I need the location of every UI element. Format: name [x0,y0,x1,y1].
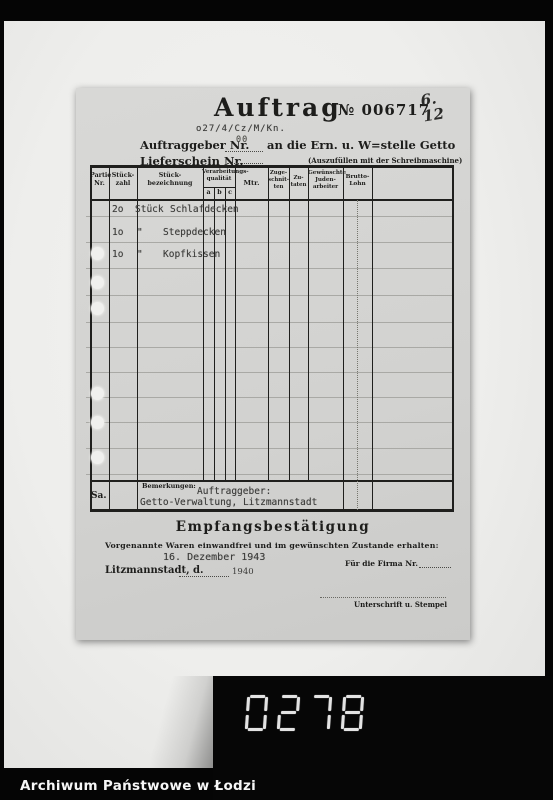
grid-line [137,165,138,512]
grid-line [372,165,373,512]
col-header-mtr: Mtr. [235,179,268,187]
col-subheader-c: c [225,189,235,196]
punch-hole [91,247,104,260]
row-unit: Stück [135,204,164,215]
order-form-document: Auftrag № 006717 o27/4/Cz/M/Kn. Auftragg… [76,88,470,640]
col-header-zutaten: Zu- taten [289,175,308,189]
receipt-date-fill-line [179,576,229,577]
grid-line [452,165,454,512]
row-description: Schlafdecken [170,204,239,215]
segment [342,697,346,711]
row-description: Steppdecken [163,227,226,238]
grid-line [90,509,452,512]
col-header-zugeschnitten: Zuge- schnit- ten [268,170,289,190]
segment [277,715,281,729]
row-qty: 1o [112,249,123,260]
grid-line [109,165,110,512]
grid-line [86,422,452,423]
col-header-qualitaet: Verarbeitungs- qualität [202,169,236,182]
grid-line [86,242,452,243]
sum-label: Sa. [91,491,106,501]
receipt-place-label: Litzmannstadt, d. [105,565,204,576]
signature-line [320,597,446,598]
punch-hole [91,276,104,289]
segment [345,711,360,714]
segment [280,728,295,731]
segment [314,695,329,698]
row-qty: 2o [112,204,123,215]
receipt-printed-year: 1940 [232,567,254,577]
grid-line [86,295,452,296]
grid-line [308,165,309,481]
grid-line [343,165,344,512]
col-subheader-b: b [214,189,225,196]
frame-counter-display [213,676,553,800]
paper-curl-shadow [150,676,214,768]
counter-digit [277,695,301,731]
segment [327,715,331,729]
archive-photo-viewer: Auftrag № 006717 o27/4/Cz/M/Kn. Auftragg… [0,0,553,800]
segment [263,715,267,729]
grid-line [86,448,452,449]
grid-line [86,474,452,475]
segment [344,728,359,731]
segment [264,697,268,711]
counter-digits [246,695,374,735]
grid-line [86,322,452,323]
punch-hole [91,302,104,315]
form-title: Auftrag [214,93,342,122]
receipt-heading: Empfangsbestätigung [76,519,470,535]
delivery-fill-line [227,163,263,164]
grid-line [86,347,452,348]
segment [328,697,332,711]
remarks-typed-line2: Getto-Verwaltung, Litzmannstadt [140,497,317,508]
segment [245,715,249,729]
grid-line [86,216,452,217]
grid-line [289,165,290,481]
typed-reference: o27/4/Cz/M/Kn. [196,124,286,134]
punch-hole [91,387,104,400]
typewriter-note: (Auszufüllen mit der Schreibmaschine) [308,156,462,165]
col-header-bezeichnung: Stück- bezeichnung [137,172,203,188]
signature-label: Unterschrift u. Stempel [354,600,447,609]
segment [250,695,265,698]
segment [360,697,364,711]
orderer-suffix: an die Ern. u. W=stelle Getto [267,138,455,152]
row-unit: " [137,249,143,260]
counter-digit [341,695,365,731]
col-header-stueckzahl: Stück- zahl [109,172,137,188]
orderer-fill-line [225,151,263,152]
row-unit: " [137,227,143,238]
segment [346,695,361,698]
receipt-firm-label: Für die Firma Nr. [345,559,418,568]
counter-digit [309,695,333,731]
col-header-partie: Partie Nr. [90,172,109,188]
grid-line [203,187,235,188]
orderer-label: Auftraggeber Nr. [140,138,249,152]
segment [248,728,263,731]
segment [359,715,363,729]
punch-hole [91,416,104,429]
counter-digit [245,695,269,731]
orderer-typed-value: 00 [236,135,248,145]
grid-line [86,268,452,269]
order-number: № 006717 [338,101,430,119]
grid-line [90,165,452,168]
col-header-bruttolohn: Brutto- Lohn [343,174,372,188]
segment [246,697,250,711]
row-qty: 1o [112,227,123,238]
grid-line [90,199,452,201]
segment [296,697,300,711]
segment [341,715,345,729]
archive-watermark: Archiwum Państwowe w Łodzi [20,778,256,794]
segment [281,711,296,714]
receipt-statement: Vorgenannte Waren einwandfrei und im gew… [105,541,439,550]
receipt-typed-date: 16. Dezember 1943 [163,552,265,563]
col-subheader-a: a [203,189,214,196]
grid-line [86,397,452,398]
grid-line [357,200,358,510]
grid-line [268,165,269,481]
row-description: Kopfkissen [163,249,220,260]
remarks-label: Bemerkungen: [142,482,196,490]
grid-line [86,372,452,373]
remarks-typed-line1: Auftraggeber: [197,486,271,497]
punch-hole [91,451,104,464]
receipt-firm-fill-line [419,567,451,568]
handwritten-annotation: 6. 12 [420,91,446,125]
col-header-judenarbeiter: Gewünschte Juden- arbeiter [308,170,343,191]
segment [282,695,297,698]
